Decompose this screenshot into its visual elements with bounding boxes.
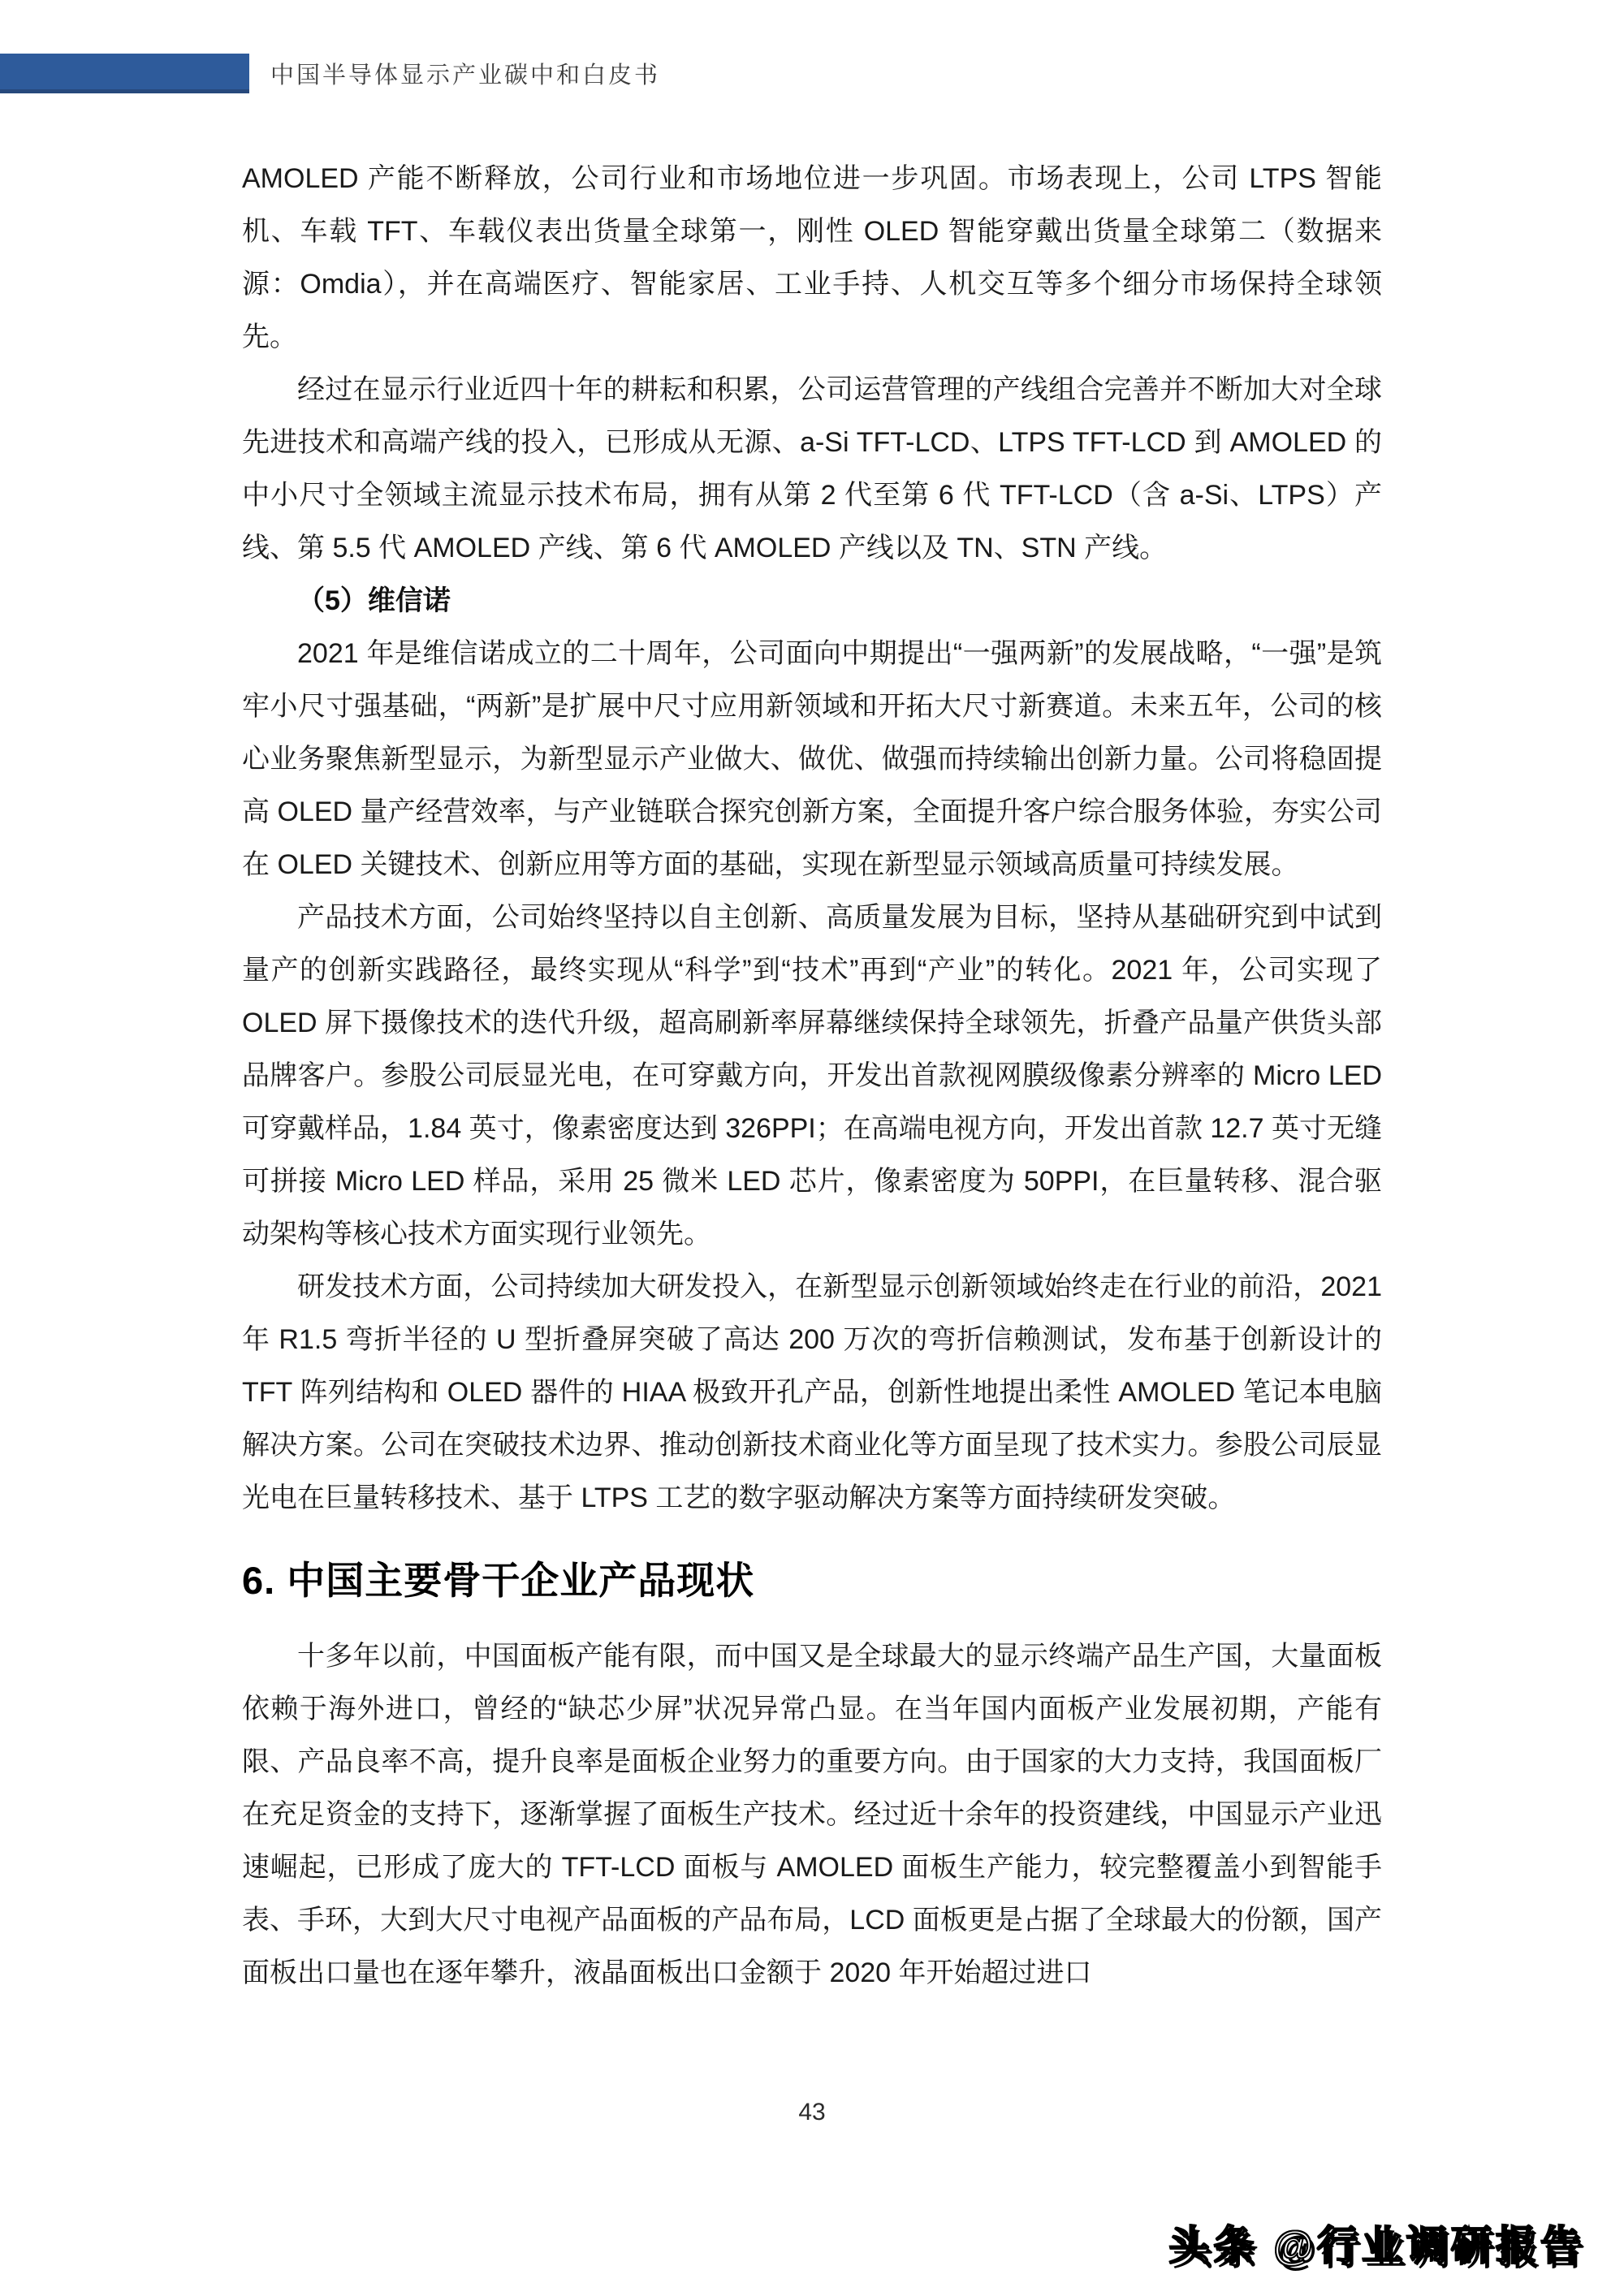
page-content: AMOLED 产能不断释放，公司行业和市场地位进一步巩固。市场表现上，公司 LT… <box>242 153 1382 2000</box>
paragraph-panel-industry: 十多年以前，中国面板产能有限，而中国又是全球最大的显示终端产品生产国，大量面板依… <box>242 1630 1382 2000</box>
paragraph-amoled-capacity: AMOLED 产能不断释放，公司行业和市场地位进一步巩固。市场表现上，公司 LT… <box>242 153 1382 364</box>
watermark-toutiao: 头条 @行业调研报告 <box>1168 2213 1585 2272</box>
paragraph-forty-years: 经过在显示行业近四十年的耕耘和积累，公司运营管理的产线组合完善并不断加大对全球先… <box>242 364 1382 575</box>
section-heading-6: 6. 中国主要骨干企业产品现状 <box>242 1547 1382 1614</box>
document-title: 中国半导体显示产业碳中和白皮书 <box>270 57 660 90</box>
header-accent-bar <box>0 54 249 93</box>
paragraph-rd-tech: 研发技术方面，公司持续加大研发投入，在新型显示创新领域始终走在行业的前沿，202… <box>242 1261 1382 1525</box>
subheading-visionox: （5）维信诺 <box>242 575 1382 628</box>
page-header: 中国半导体显示产业碳中和白皮书 <box>0 54 660 93</box>
paragraph-visionox-2021: 2021 年是维信诺成立的二十周年，公司面向中期提出“一强两新”的发展战略，“一… <box>242 628 1382 891</box>
document-page: 中国半导体显示产业碳中和白皮书 AMOLED 产能不断释放，公司行业和市场地位进… <box>0 0 1624 2296</box>
paragraph-product-tech: 产品技术方面，公司始终坚持以自主创新、高质量发展为目标，坚持从基础研究到中试到量… <box>242 891 1382 1261</box>
page-number: 43 <box>242 2099 1382 2126</box>
